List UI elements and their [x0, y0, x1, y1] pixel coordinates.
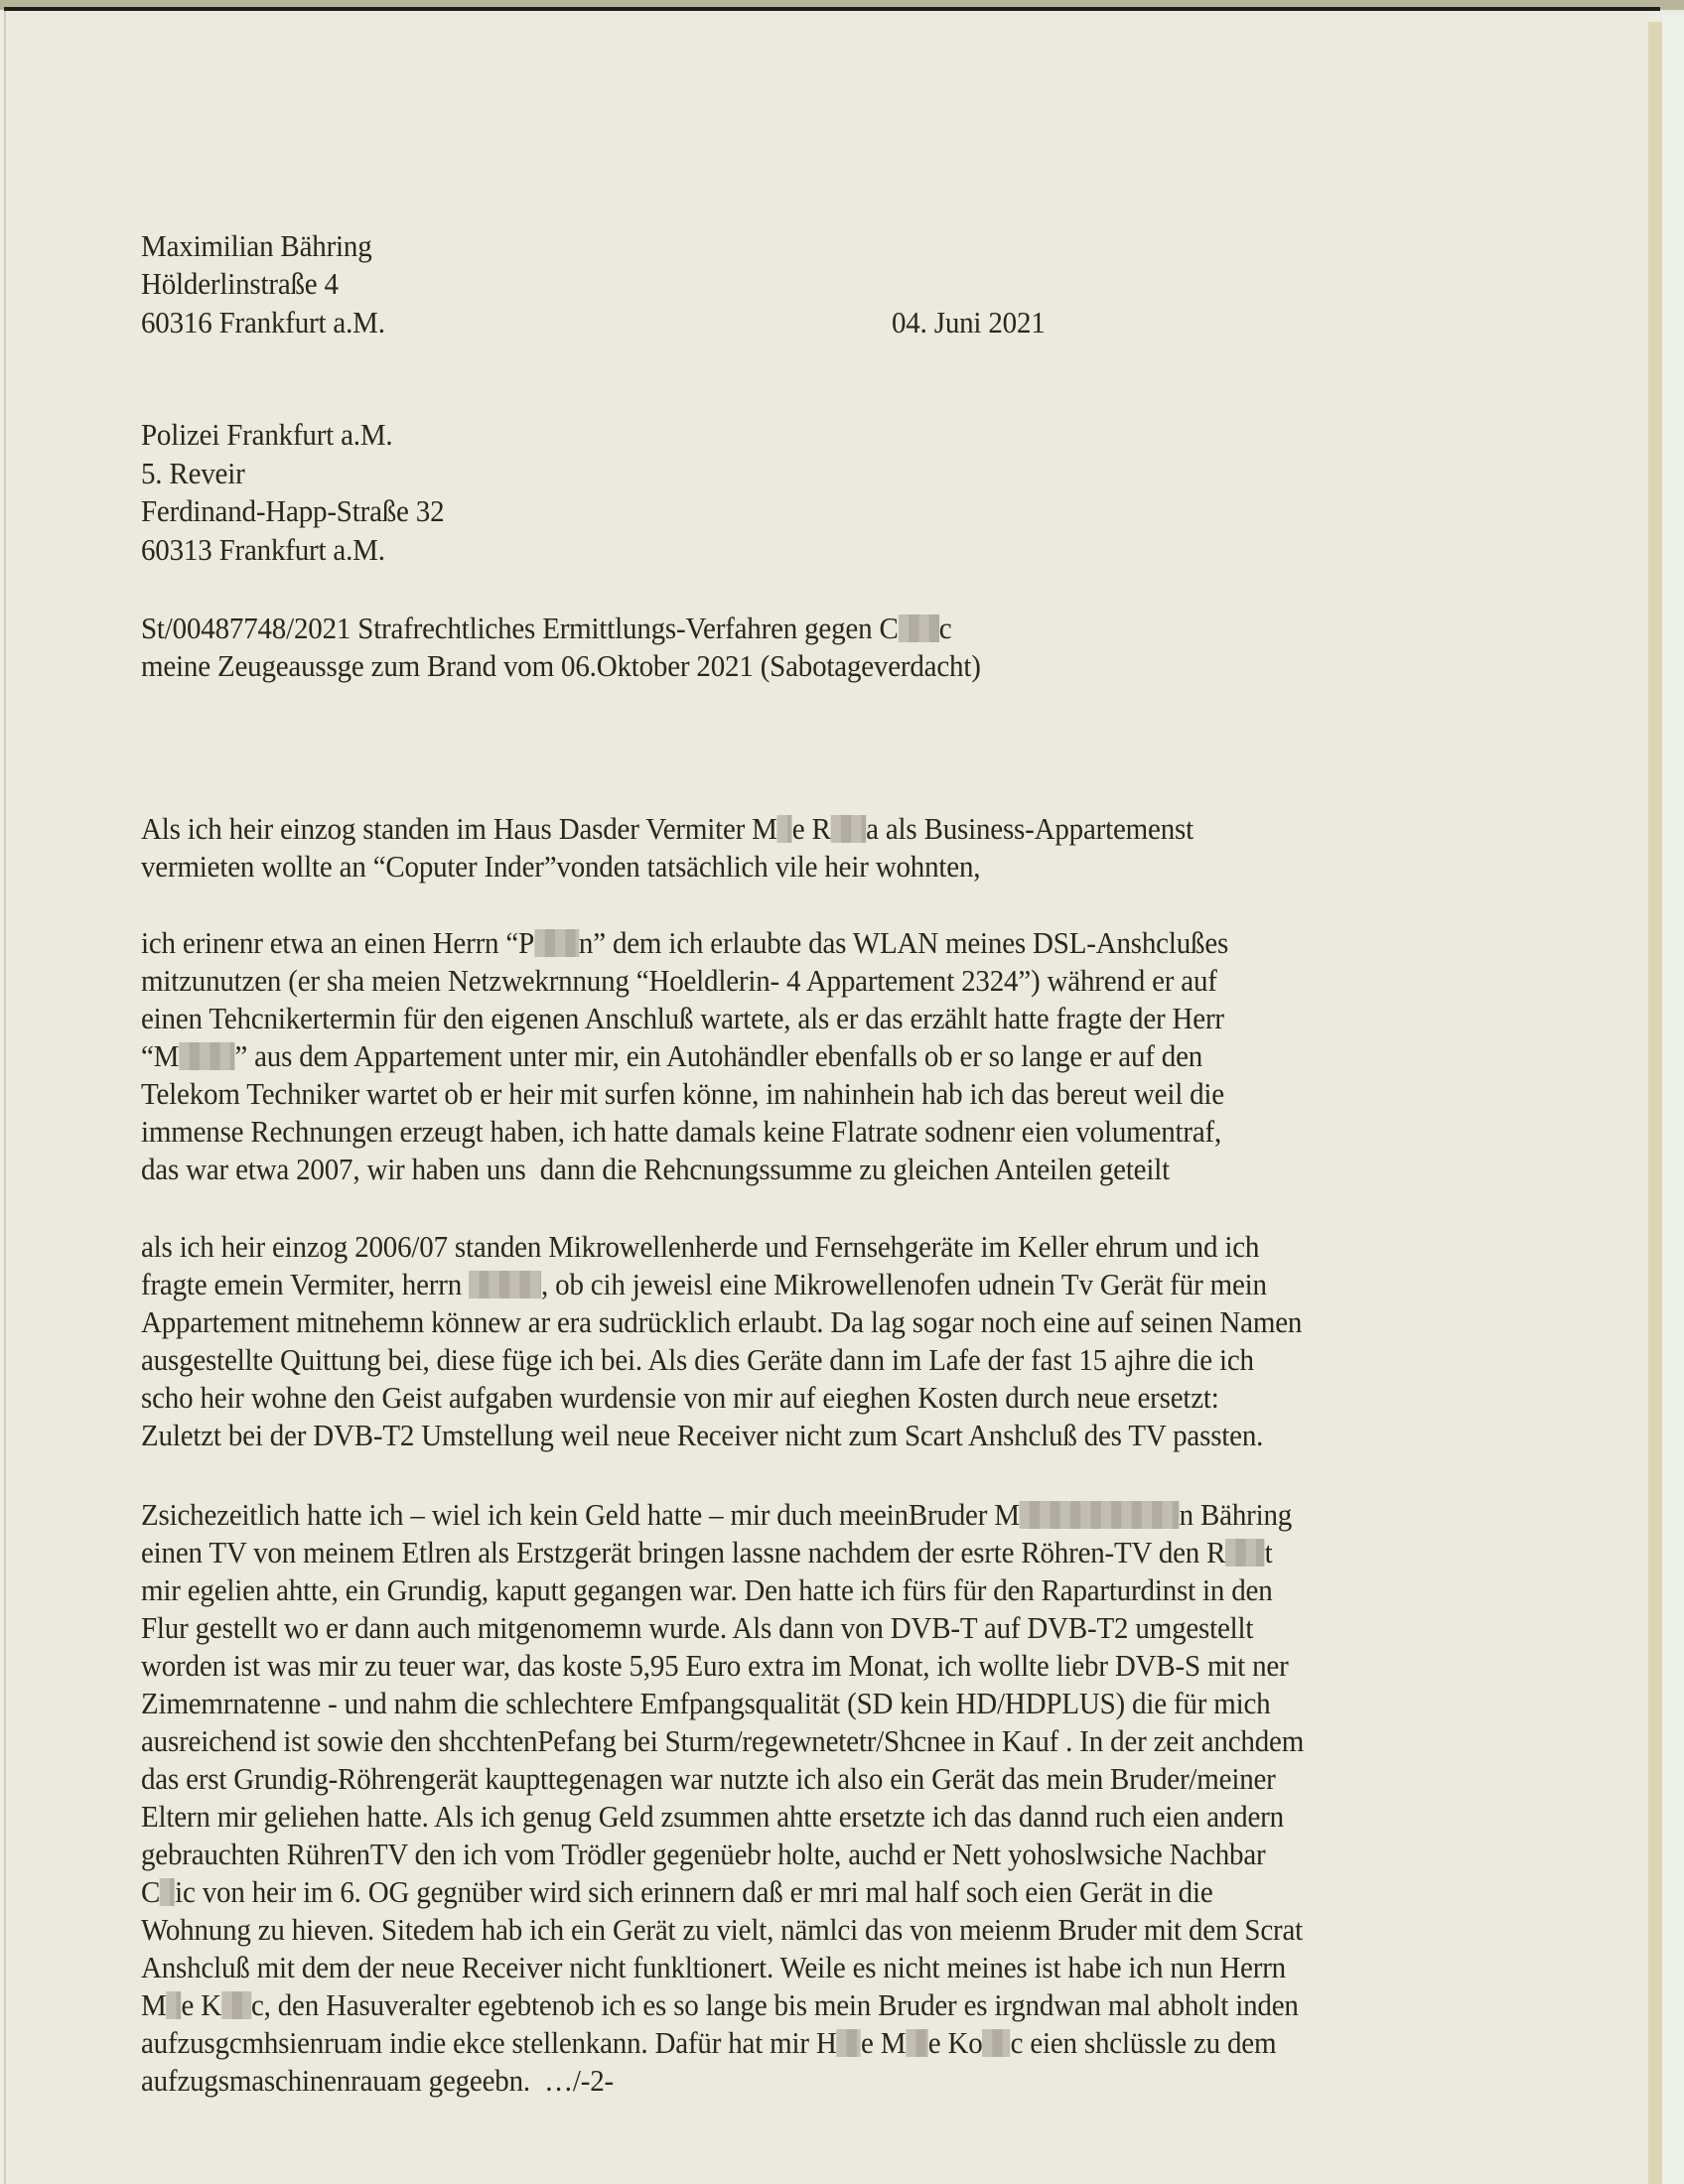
letter-page: Maximilian Bähring Hölderlinstraße 4 603…: [4, 11, 1648, 2184]
p4-line-13: Anshcluß mit dem der neue Receiver nicht…: [141, 1950, 1286, 1985]
body-text: e Ko: [928, 2025, 983, 2060]
p4-line-7: ausreichend ist sowie den shcchtenPefang…: [141, 1723, 1304, 1759]
sender-name: Maximilian Bähring: [141, 228, 372, 264]
body-text: t: [1265, 1535, 1273, 1570]
body-text: C: [141, 1874, 160, 1909]
p2-line-5: Telekom Techniker wartet ob er heir mit …: [141, 1076, 1224, 1112]
body-text: fragte emein Vermiter, herrn: [141, 1267, 469, 1301]
redaction-block: [831, 815, 867, 843]
subject-line-1: St/00487748/2021 Strafrechtliches Ermitt…: [141, 611, 951, 646]
body-text: , ob cih jeweisl eine Mikrowellenofen ud…: [541, 1267, 1267, 1301]
body-text: e R: [792, 811, 831, 846]
p4-line-5: worden ist was mir zu teuer war, das kos…: [141, 1648, 1289, 1684]
p4-line-2: einen TV von meinem Etlren als Erstzgerä…: [141, 1535, 1272, 1570]
p2-line-6: immense Rechnungen erzeugt haben, ich ha…: [141, 1114, 1221, 1150]
sender-street: Hölderlinstraße 4: [141, 266, 339, 302]
p4-line-15: aufzusgcmhsienruam indie ekce stellenkan…: [141, 2025, 1276, 2061]
redaction-block: [899, 614, 939, 642]
body-text: n Bähring: [1180, 1497, 1292, 1532]
body-text: Zsichezeitlich hatte ich – wiel ich kein…: [141, 1497, 1020, 1532]
recipient-line-1: Polizei Frankfurt a.M.: [141, 417, 392, 453]
recipient-line-3: Ferdinand-Happ-Straße 32: [141, 493, 444, 529]
body-text: ich erinenr etwa an einen Herrn “P: [141, 925, 534, 960]
body-text: a als Business-Appartemenst: [866, 811, 1193, 846]
recipient-line-4: 60313 Frankfurt a.M.: [141, 532, 385, 568]
subject-text: St/00487748/2021 Strafrechtliches Ermitt…: [141, 611, 899, 645]
body-text: Als ich heir einzog standen im Haus Dasd…: [141, 811, 777, 846]
p4-line-12: Wohnung zu hieven. Sitedem hab ich ein G…: [141, 1912, 1303, 1948]
p4-line-4: Flur gestellt wo er dann auch mitgenomem…: [141, 1610, 1253, 1646]
body-text: c eien shclüssle zu dem: [1011, 2025, 1277, 2060]
paper-stack-edge: [1646, 22, 1663, 2184]
body-text: n” dem ich erlaubte das WLAN meines DSL-…: [579, 925, 1228, 960]
recipient-line-2: 5. Reveir: [141, 456, 245, 491]
p2-line-7: das war etwa 2007, wir haben uns dann di…: [141, 1152, 1170, 1187]
scanner-background: [1662, 14, 1684, 2184]
p3-line-3: Appartement mitnehemn könnew ar era sudr…: [141, 1304, 1302, 1340]
p1-line-1: Als ich heir einzog standen im Haus Dasd…: [141, 811, 1193, 847]
redaction-block: [837, 2029, 861, 2057]
p3-line-4: ausgestellte Quittung bei, diese füge ic…: [141, 1342, 1254, 1378]
p4-line-10: gebrauchten RührenTV den ich vom Trödler…: [141, 1837, 1265, 1872]
p3-line-1: als ich heir einzog 2006/07 standen Mikr…: [141, 1229, 1259, 1265]
redaction-block: [221, 1991, 251, 2019]
p4-line-9: Eltern mir geliehen hatte. Als ich genug…: [141, 1799, 1284, 1835]
p3-line-5: scho heir wohne den Geist aufgaben wurde…: [141, 1380, 1219, 1416]
subject-line-2: meine Zeugeaussge zum Brand vom 06.Oktob…: [141, 648, 981, 684]
redaction-block: [777, 815, 792, 843]
redaction-block: [1225, 1539, 1264, 1567]
redaction-block: [1020, 1501, 1180, 1529]
redaction-block: [906, 2029, 927, 2057]
p4-line-6: Zimemrnatenne - und nahm die schlechtere…: [141, 1686, 1270, 1721]
redaction-block: [167, 1991, 182, 2019]
p1-line-2: vermieten wollte an “Coputer Inder”vonde…: [141, 849, 980, 885]
p2-line-2: mitzunutzen (er sha meien Netzwekrnnung …: [141, 963, 1217, 999]
redaction-block: [983, 2029, 1011, 2057]
redaction-block: [534, 929, 579, 957]
p2-line-1: ich erinenr etwa an einen Herrn “Pn” dem…: [141, 925, 1228, 961]
body-text: “M: [141, 1038, 179, 1073]
p4-line-14: Me Kc, den Hasuveralter egebtenob ich es…: [141, 1987, 1299, 2023]
redaction-block: [469, 1271, 541, 1298]
body-text: einen TV von meinem Etlren als Erstzgerä…: [141, 1535, 1225, 1570]
p4-line-16: aufzugsmaschinenrauam gegeebn. …/-2-: [141, 2063, 614, 2099]
redaction-block: [179, 1042, 234, 1070]
body-text: e K: [182, 1987, 221, 2022]
p3-line-2: fragte emein Vermiter, herrn , ob cih je…: [141, 1267, 1267, 1302]
subject-text: c: [939, 611, 952, 645]
body-text: e M: [861, 2025, 906, 2060]
body-text: c, den Hasuveralter egebtenob ich es so …: [251, 1987, 1299, 2022]
body-text: ic von heir im 6. OG gegnüber wird sich …: [175, 1874, 1212, 1909]
p4-line-1: Zsichezeitlich hatte ich – wiel ich kein…: [141, 1497, 1292, 1533]
sender-city: 60316 Frankfurt a.M.: [141, 305, 385, 341]
body-text: ” aus dem Appartement unter mir, ein Aut…: [234, 1038, 1202, 1073]
p4-line-3: mir egelien ahtte, ein Grundig, kaputt g…: [141, 1572, 1273, 1608]
p4-line-8: das erst Grundig-Röhrengerät kaupttegena…: [141, 1761, 1276, 1797]
p4-line-11: Cic von heir im 6. OG gegnüber wird sich…: [141, 1874, 1213, 1910]
p2-line-4: “M” aus dem Appartement unter mir, ein A…: [141, 1038, 1202, 1074]
body-text: M: [141, 1987, 167, 2022]
p3-line-6: Zuletzt bei der DVB-T2 Umstellung weil n…: [141, 1418, 1263, 1453]
letter-date: 04. Juni 2021: [892, 305, 1046, 341]
p2-line-3: einen Tehcnikertermin für den eigenen An…: [141, 1001, 1224, 1036]
redaction-block: [160, 1878, 175, 1906]
body-text: aufzusgcmhsienruam indie ekce stellenkan…: [141, 2025, 837, 2060]
